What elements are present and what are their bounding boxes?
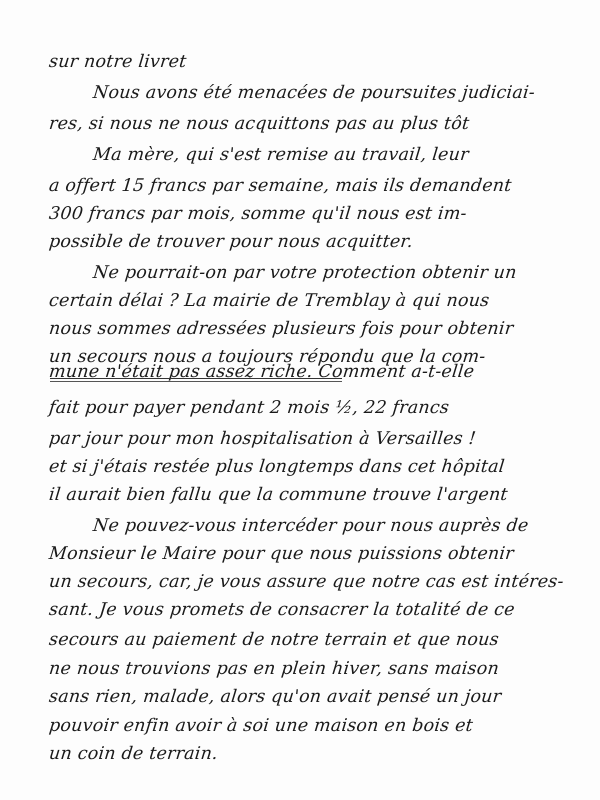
letter-line-6: 300 francs par mois, somme qu'il nous es… xyxy=(48,204,468,224)
letter-page: sur notre livret Nous avons été menacées… xyxy=(0,0,600,800)
letter-line-13: fait pour payer pendant 2 mois ½, 22 fra… xyxy=(48,398,450,418)
letter-line-20: sant. Je vous promets de consacrer la to… xyxy=(48,600,516,620)
letter-line-3: res, si nous ne nous acquittons pas au p… xyxy=(48,114,470,134)
letter-line-15: et si j'étais restée plus longtemps dans… xyxy=(48,457,506,477)
letter-line-10: nous sommes adressées plusieurs fois pou… xyxy=(48,319,514,339)
letter-line-9: certain délai ? La mairie de Tremblay à … xyxy=(48,291,490,311)
letter-line-4: Ma mère, qui s'est remise au travail, le… xyxy=(92,145,470,165)
underline-mark xyxy=(50,378,342,382)
letter-line-22: ne nous trouvions pas en plein hiver, sa… xyxy=(48,659,500,679)
letter-line-8: Ne pourrait-on par votre protection obte… xyxy=(92,263,518,283)
letter-line-18: Monsieur le Maire pour que nous puission… xyxy=(48,544,515,564)
letter-line-24: pouvoir enfin avoir à soi une maison en … xyxy=(48,716,474,736)
letter-line-7: possible de trouver pour nous acquitter. xyxy=(48,232,414,252)
letter-line-2: Nous avons été menacées de poursuites ju… xyxy=(92,83,536,103)
letter-line-23: sans rien, malade, alors qu'on avait pen… xyxy=(48,687,502,707)
letter-line-17: Ne pouvez-vous intercéder pour nous aupr… xyxy=(92,516,530,536)
letter-line-21: secours au paiement de notre terrain et … xyxy=(48,630,500,650)
letter-line-1: sur notre livret xyxy=(48,52,187,72)
letter-line-14: par jour pour mon hospitalisation à Vers… xyxy=(48,429,477,449)
letter-line-16: il aurait bien fallu que la commune trou… xyxy=(48,485,509,505)
letter-line-25: un coin de terrain. xyxy=(48,744,219,764)
letter-line-19: un secours, car, je vous assure que notr… xyxy=(48,572,565,592)
letter-line-5: a offert 15 francs par semaine, mais ils… xyxy=(48,176,513,196)
